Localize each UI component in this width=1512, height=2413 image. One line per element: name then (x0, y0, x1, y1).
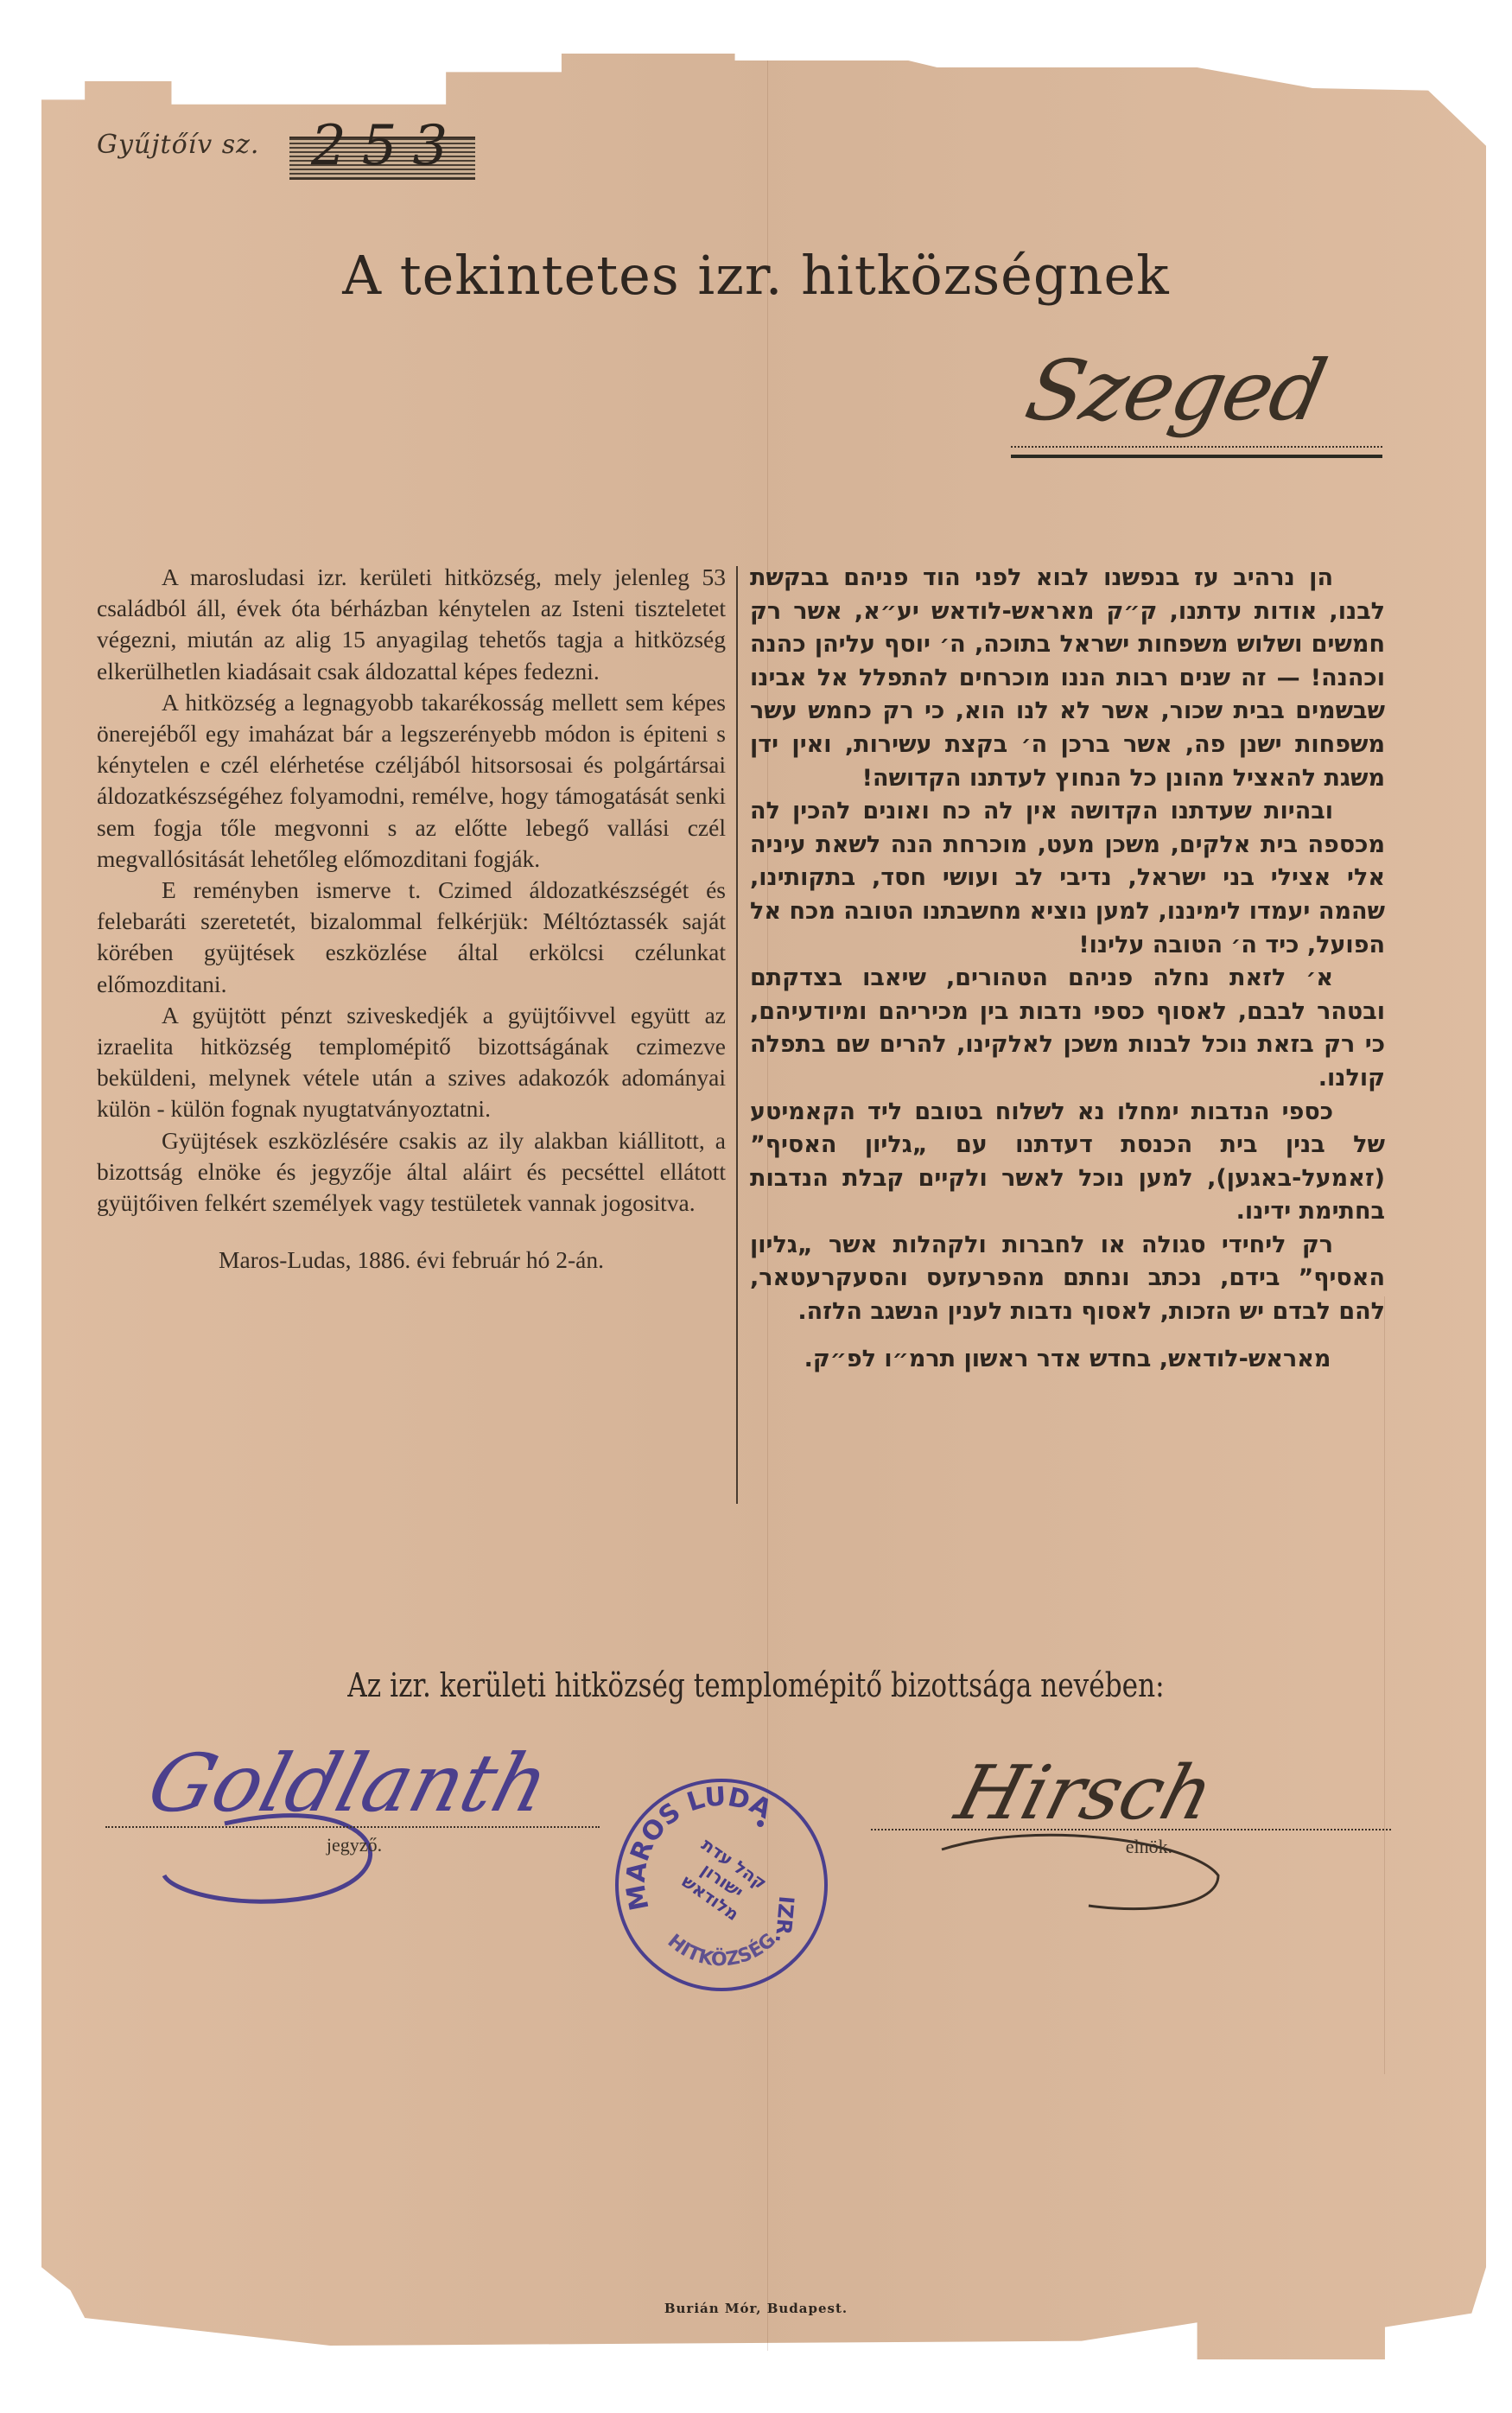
hungarian-paragraph: A gyüjtött pénzt sziveskedjék a gyüjtőiv… (97, 1000, 726, 1125)
seal-bottom-text: HITKÖZSÉG (664, 1929, 780, 1971)
hebrew-paragraph: א׳ לזאת נחלה פניהם הטהורים, שיאבו בצדקתם… (750, 962, 1385, 1095)
hebrew-date-line: מאראש-לודאש, בחדש אדר ראשון תרמ״ו לפ״ק. (750, 1343, 1385, 1377)
left-signature-role: jegyző. (268, 1834, 441, 1856)
hebrew-paragraph: רק ליחידי סגולה או לחברות ולקהלות אשר „ג… (750, 1229, 1385, 1329)
hungarian-paragraph: A marosludasi izr. kerületi hitközség, m… (97, 562, 726, 687)
community-seal-stamp: MAROS LUDAS HITKÖZSÉG IZR. קהל עדת ישורו… (615, 1779, 828, 1991)
left-signature-line (105, 1826, 600, 1830)
hungarian-paragraph: E reményben ismerve t. Czimed áldozatkés… (97, 875, 726, 1000)
hebrew-text-column: הן נרהיב עז בנפשנו לבוא לפני הוד פניהם ב… (750, 562, 1385, 1376)
hebrew-paragraph: הן נרהיב עז בנפשנו לבוא לפני הוד פניהם ב… (750, 562, 1385, 795)
document-title: A tekintetes izr. hitközségnek (0, 244, 1512, 307)
sheet-number-value: 253 (311, 114, 467, 178)
hebrew-paragraph: כספי הנדבות ימחלו נא לשלוח בטובם ליד הקא… (750, 1096, 1385, 1229)
addressee-underline (1011, 446, 1382, 458)
svg-text:IZR.: IZR. (771, 1895, 799, 1945)
addressee-city-handwritten: Szeged (1018, 342, 1401, 439)
printer-credit: Burián Mór, Budapest. (0, 2301, 1512, 2316)
right-signature-role: elnök. (1080, 1836, 1218, 1858)
right-signature-line (871, 1829, 1391, 1832)
svg-text:HITKÖZSÉG: HITKÖZSÉG (664, 1929, 780, 1971)
hebrew-paragraph: ובהיות שעדתנו הקדושה אין לה כח ואונים לה… (750, 795, 1385, 962)
column-divider (736, 566, 738, 1504)
sheet-number-label: Gyűjtőív sz. (97, 130, 259, 160)
hungarian-date-line: Maros-Ludas, 1886. évi február hó 2-án. (97, 1245, 726, 1276)
hungarian-paragraph: Gyüjtések eszközlésére csakis az ily ala… (97, 1125, 726, 1219)
hungarian-text-column: A marosludasi izr. kerületi hitközség, m… (97, 562, 726, 1276)
hungarian-paragraph: A hitközség a legnagyobb takarékosság me… (97, 687, 726, 875)
committee-heading: Az izr. kerületi hitközség templomépitő … (137, 1666, 1376, 1704)
paper-crease (1384, 1296, 1385, 2074)
